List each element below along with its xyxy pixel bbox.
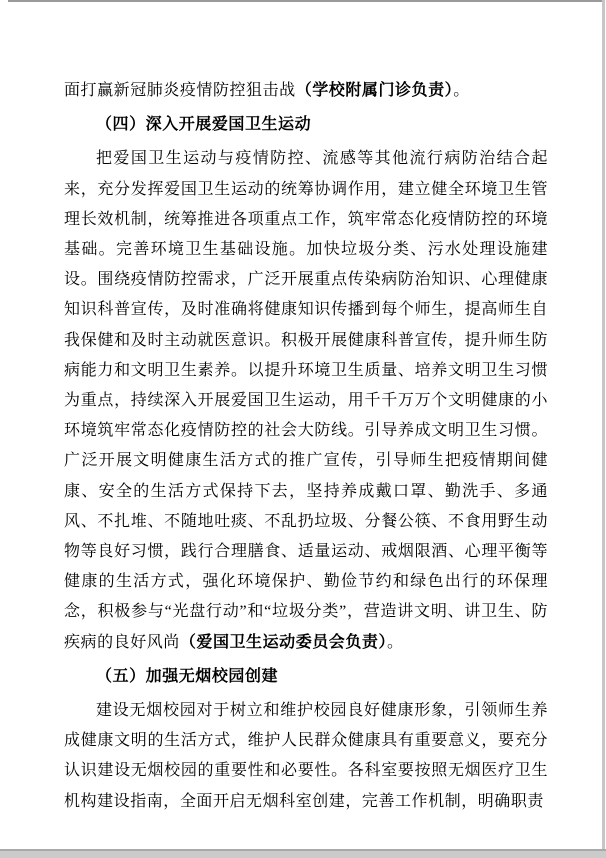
text-run: 。 — [387, 634, 404, 651]
paragraph-patriotic-health-campaign: 把爱国卫生运动与疫情防控、流感等其他流行病防治结合起来，充分发挥爱国卫生运动的统… — [64, 144, 548, 657]
document-viewer: { "document": { "language": "zh-CN", "pa… — [0, 0, 606, 858]
page-right-edge — [602, 0, 605, 858]
text-run: 把爱国卫生运动与疫情防控、流感等其他流行病防治结合起来，充分发挥爱国卫生运动的统… — [64, 150, 548, 650]
document-page-text: 面打赢新冠肺炎疫情防控狙击战（学校附属门诊负责）。 （四）深入开展爱国卫生运动 … — [64, 76, 548, 817]
paragraph-smoke-free-campus: 建设无烟校园对于树立和维护校园良好健康形象，引领师生养成健康文明的生活方式，维护… — [64, 696, 548, 817]
section-heading-5: （五）加强无烟校园创建 — [64, 662, 548, 692]
responsible-party-bold: （爱国卫生运动委员会负责） — [180, 634, 387, 651]
text-run: 。 — [453, 82, 470, 99]
text-run: 面打赢新冠肺炎疫情防控狙击战 — [64, 82, 296, 99]
section-heading-4: （四）深入开展爱国卫生运动 — [64, 110, 548, 140]
page-bottom-edge — [0, 849, 606, 858]
page-top-edge — [8, 0, 602, 2]
text-run: 建设无烟校园对于树立和维护校园良好健康形象，引领师生养成健康文明的生活方式，维护… — [64, 702, 548, 810]
responsible-party-bold: （学校附属门诊负责） — [296, 82, 454, 99]
paragraph-continuation: 面打赢新冠肺炎疫情防控狙击战（学校附属门诊负责）。 — [64, 76, 548, 106]
